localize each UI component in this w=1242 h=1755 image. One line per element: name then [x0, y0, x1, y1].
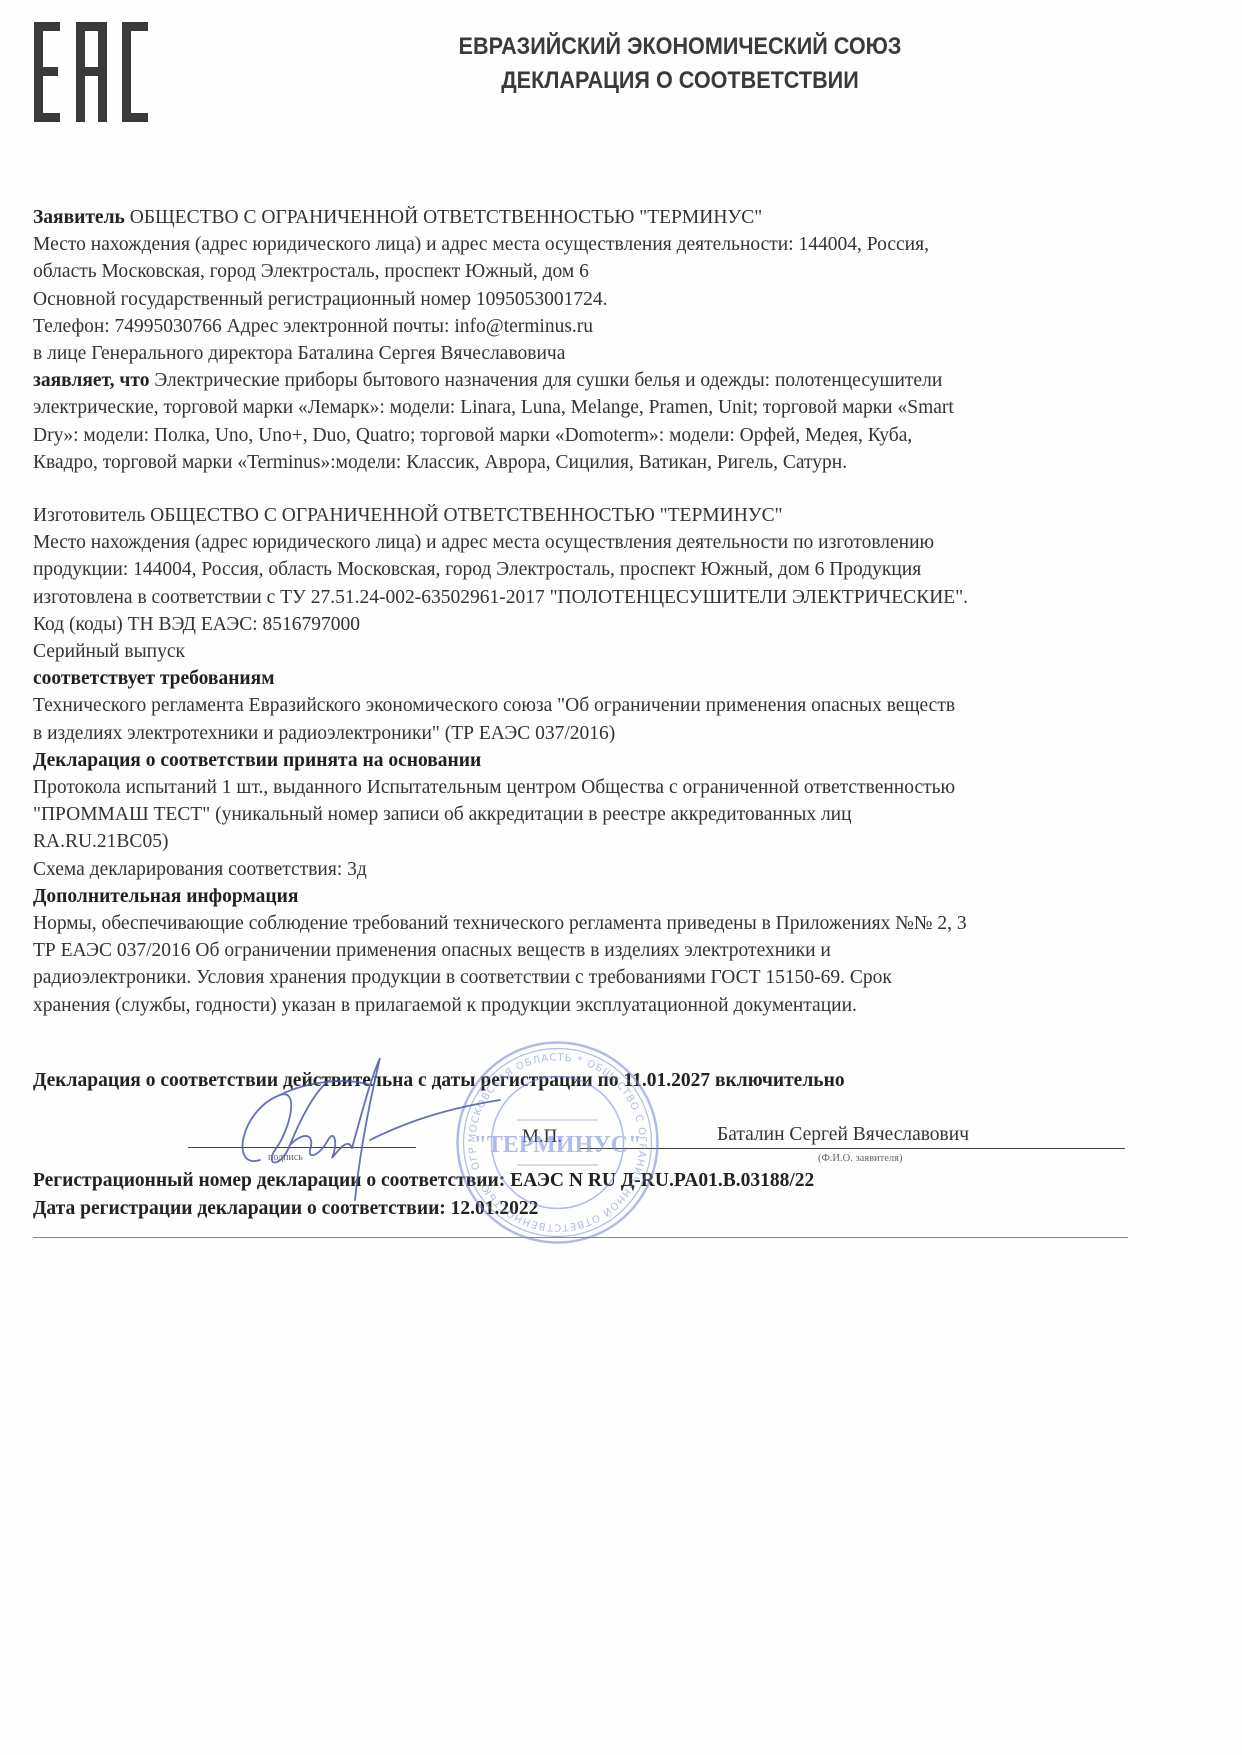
- document-title: ДЕКЛАРАЦИЯ О СООТВЕТСТВИИ: [338, 64, 1022, 98]
- hs-code: Код (коды) ТН ВЭД ЕАЭС: 8516797000: [33, 611, 1163, 638]
- manufacturer-line: Изготовитель ОБЩЕСТВО С ОГРАНИЧЕННОЙ ОТВ…: [33, 502, 1163, 529]
- applicant-ogrn: Основной государственный регистрационный…: [33, 286, 1163, 313]
- applicant-address-2: область Московская, город Электросталь, …: [33, 258, 1163, 285]
- applicant-representative: в лице Генерального директора Баталина С…: [33, 340, 1163, 367]
- conformity-heading: соответствует требованиям: [33, 665, 1163, 692]
- signature-caption: подпись: [268, 1152, 303, 1163]
- manufacturer-address-2: продукции: 144004, Россия, область Моско…: [33, 556, 1163, 583]
- declaration-line-2: электрические, торговой марки «Лемарк»: …: [33, 394, 1163, 421]
- applicant-contacts: Телефон: 74995030766 Адрес электронной п…: [33, 313, 1163, 340]
- conformity-line-2: в изделиях электротехники и радиоэлектро…: [33, 720, 1163, 747]
- declares-label: заявляет, что: [33, 370, 150, 391]
- registration-number: Регистрационный номер декларации о соотв…: [33, 1170, 814, 1192]
- additional-line-1: Нормы, обеспечивающие соблюдение требова…: [33, 910, 1163, 937]
- eac-logo-icon: [32, 22, 150, 122]
- bottom-divider: [33, 1237, 1128, 1238]
- applicant-name: ОБЩЕСТВО С ОГРАНИЧЕННОЙ ОТВЕТСТВЕННОСТЬЮ…: [125, 207, 762, 228]
- declaration-line-3: Dry»: модели: Полка, Uno, Uno+, Duo, Qua…: [33, 422, 1163, 449]
- additional-line-4: хранения (службы, годности) указан в при…: [33, 992, 1163, 1019]
- production-type: Серийный выпуск: [33, 638, 1163, 665]
- additional-line-2: ТР ЕАЭС 037/2016 Об ограничении применен…: [33, 937, 1163, 964]
- applicant-line: Заявитель ОБЩЕСТВО С ОГРАНИЧЕННОЙ ОТВЕТС…: [33, 204, 1163, 231]
- additional-heading: Дополнительная информация: [33, 883, 1163, 910]
- declaration-page: ЕВРАЗИЙСКИЙ ЭКОНОМИЧЕСКИЙ СОЮЗ ДЕКЛАРАЦИ…: [0, 0, 1242, 1755]
- conformity-line-1: Технического регламента Евразийского эко…: [33, 692, 1163, 719]
- declaration-scheme: Схема декларирования соответствия: 3д: [33, 856, 1163, 883]
- registration-date: Дата регистрации декларации о соответств…: [33, 1198, 538, 1220]
- declaration-line-4: Квадро, торговой марки «Terminus»:модели…: [33, 449, 1163, 476]
- declaration-body: Заявитель ОБЩЕСТВО С ОГРАНИЧЕННОЙ ОТВЕТС…: [33, 204, 1163, 1019]
- applicant-name-line: [580, 1148, 1125, 1149]
- validity-statement: Декларация о соответствии действительна …: [33, 1070, 845, 1092]
- manufacturer-spec: изготовлена в соответствии с ТУ 27.51.24…: [33, 584, 1163, 611]
- signatory-name: Баталин Сергей Вячеславович: [717, 1124, 969, 1146]
- applicant-label: Заявитель: [33, 207, 125, 228]
- applicant-address-1: Место нахождения (адрес юридического лиц…: [33, 231, 1163, 258]
- signatory-name-caption: (Ф.И.О. заявителя): [818, 1153, 903, 1164]
- signature-line: [188, 1147, 416, 1148]
- declaration-line-1: заявляет, что Электрические приборы быто…: [33, 367, 1163, 394]
- basis-line-1: Протокола испытаний 1 шт., выданного Исп…: [33, 774, 1163, 801]
- document-header: ЕВРАЗИЙСКИЙ ЭКОНОМИЧЕСКИЙ СОЮЗ ДЕКЛАРАЦИ…: [338, 30, 1022, 98]
- seal-label: М.П.: [522, 1126, 562, 1148]
- basis-line-2: "ПРОММАШ ТЕСТ" (уникальный номер записи …: [33, 801, 1163, 828]
- additional-line-3: радиоэлектроники. Условия хранения проду…: [33, 964, 1163, 991]
- basis-line-3: RA.RU.21ВС05): [33, 828, 1163, 855]
- basis-heading: Декларация о соответствии принята на осн…: [33, 747, 1163, 774]
- union-title: ЕВРАЗИЙСКИЙ ЭКОНОМИЧЕСКИЙ СОЮЗ: [338, 30, 1022, 64]
- manufacturer-address-1: Место нахождения (адрес юридического лиц…: [33, 529, 1163, 556]
